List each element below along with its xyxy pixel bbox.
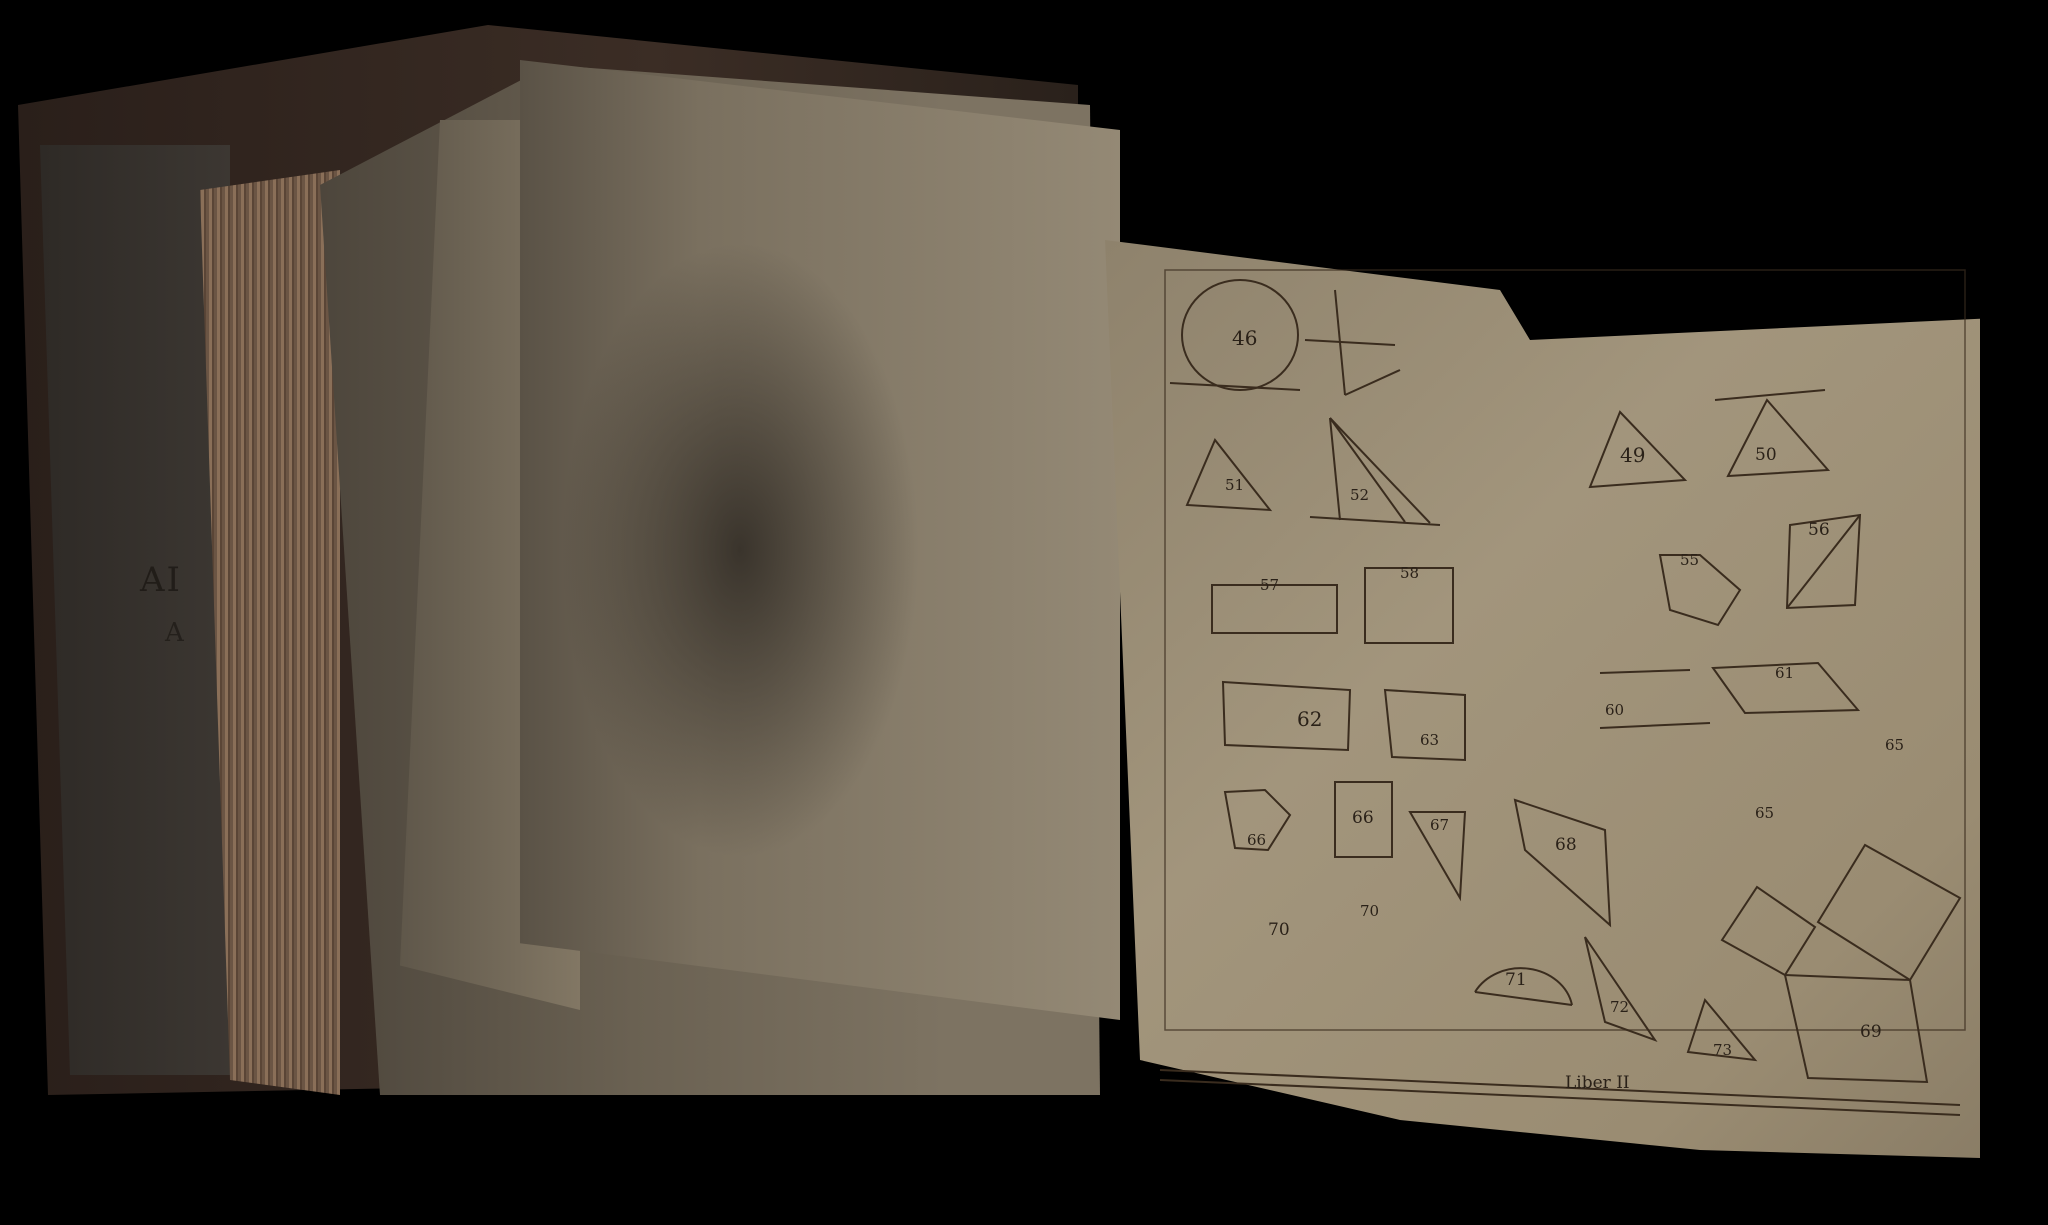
svg-text:52: 52 (1350, 486, 1369, 504)
svg-text:50: 50 (1755, 445, 1777, 465)
svg-text:68: 68 (1555, 835, 1577, 855)
svg-text:72: 72 (1610, 998, 1629, 1016)
svg-text:62: 62 (1297, 707, 1322, 731)
svg-text:69: 69 (1860, 1022, 1882, 1042)
svg-text:49: 49 (1620, 443, 1645, 467)
svg-text:55: 55 (1680, 551, 1699, 569)
plate-caption: Liber II (1565, 1073, 1630, 1093)
svg-text:66: 66 (1352, 808, 1374, 828)
geometric-figures: 46 51 52 49 50 56 55 57 58 62 63 60 61 6… (0, 0, 2048, 1225)
svg-text:56: 56 (1808, 520, 1830, 540)
svg-text:71: 71 (1505, 970, 1527, 990)
svg-text:67: 67 (1430, 816, 1449, 834)
svg-text:65: 65 (1755, 804, 1774, 822)
svg-text:70: 70 (1360, 902, 1379, 920)
fig-46-label: 46 (1232, 326, 1257, 350)
svg-text:58: 58 (1400, 564, 1419, 582)
svg-text:63: 63 (1420, 731, 1439, 749)
svg-text:70: 70 (1268, 920, 1290, 940)
svg-text:61: 61 (1775, 664, 1794, 682)
svg-text:60: 60 (1605, 701, 1624, 719)
svg-text:65: 65 (1885, 736, 1904, 754)
svg-text:57: 57 (1260, 576, 1279, 594)
svg-text:73: 73 (1713, 1041, 1732, 1059)
book-photo-scene: AI A (0, 0, 2048, 1225)
svg-text:51: 51 (1225, 476, 1244, 494)
svg-text:66: 66 (1247, 831, 1266, 849)
